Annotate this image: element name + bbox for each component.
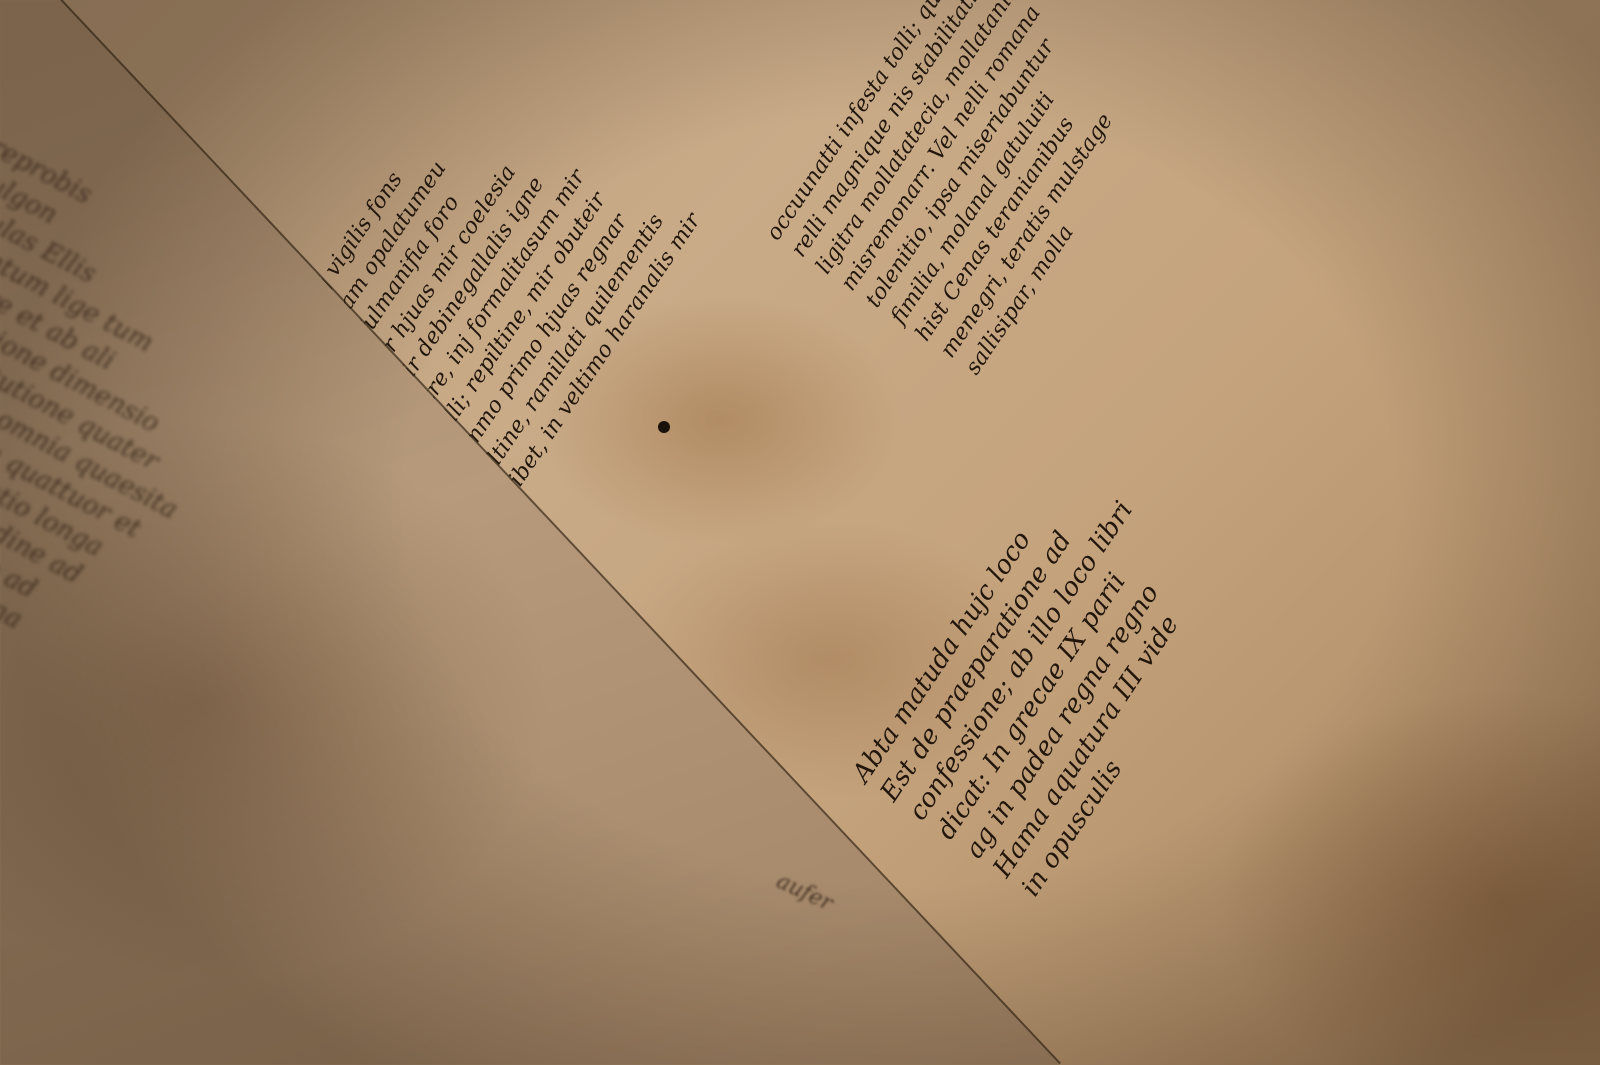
upper-right-text-block: occuunatti infesta tolli; quito in Sap r… xyxy=(760,0,1208,381)
left-text-block: reprobis aulgon opulas Ellis quantum lig… xyxy=(0,130,295,707)
manuscript-photo: Et hec inj vigilis fons rigine, nam opal… xyxy=(0,0,1600,1065)
main-text-block: Abta matuda hujc loco Est de praeparatio… xyxy=(845,457,1253,903)
ink-dot xyxy=(658,421,670,433)
margin-note: aufer xyxy=(772,869,836,917)
